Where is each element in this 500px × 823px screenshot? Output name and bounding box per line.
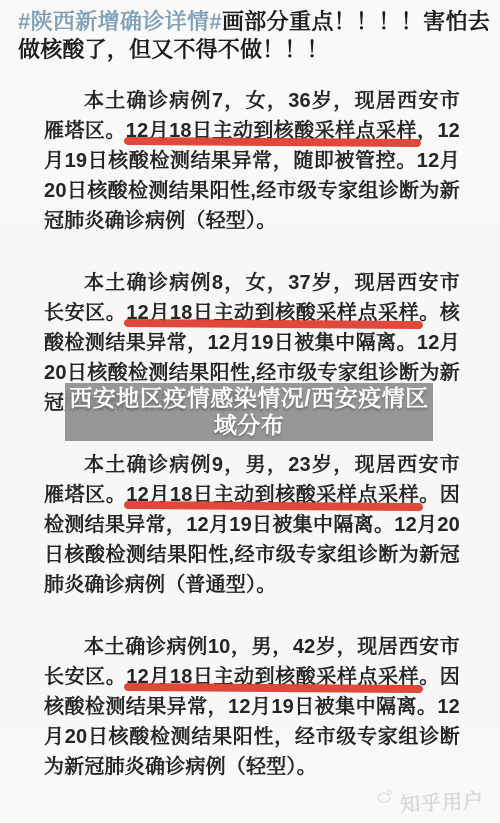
case-10-red-underline-highlight: 12月18日主动到核酸采样点采样 [126, 666, 419, 688]
case-8-red-underline-highlight: 12月18日主动到核酸采样点采样 [126, 302, 419, 324]
case-9-red-underline-highlight: 12月18日主动到核酸采样点采样 [126, 484, 419, 506]
weibo-post-screenshot: #陕西新增确诊详情#画部分重点！！！！害怕去做核酸了，但又不得不做！！！ 本土确… [0, 0, 500, 823]
watermark-text: 知乎用户 [399, 784, 484, 817]
case-paragraph-10: 本土确诊病例10，男，42岁，现居西安市长安区。12月18日主动到核酸采样点采样… [44, 632, 460, 782]
watermark: 知乎用户 [375, 782, 485, 820]
case-paragraph-9: 本土确诊病例9，男，23岁，现居西安市雁塔区。12月18日主动到核酸采样点采样。… [44, 450, 460, 600]
caption-overlay-band: 西安地区疫情感染情况/西安疫情区域分布 [65, 383, 433, 441]
topic-hashtag-link[interactable]: #陕西新增确诊详情# [18, 9, 222, 34]
case-7-red-underline-highlight: 12月18日主动到核酸采样点采样 [126, 120, 417, 142]
weibo-logo-icon [375, 787, 394, 806]
post-title: #陕西新增确诊详情#画部分重点！！！！害怕去做核酸了，但又不得不做！！！ [18, 8, 490, 64]
caption-overlay-text: 西安地区疫情感染情况/西安疫情区域分布 [65, 385, 433, 439]
case-paragraph-7: 本土确诊病例7，女，36岁，现居西安市雁塔区。12月18日主动到核酸采样点采样，… [44, 86, 460, 236]
